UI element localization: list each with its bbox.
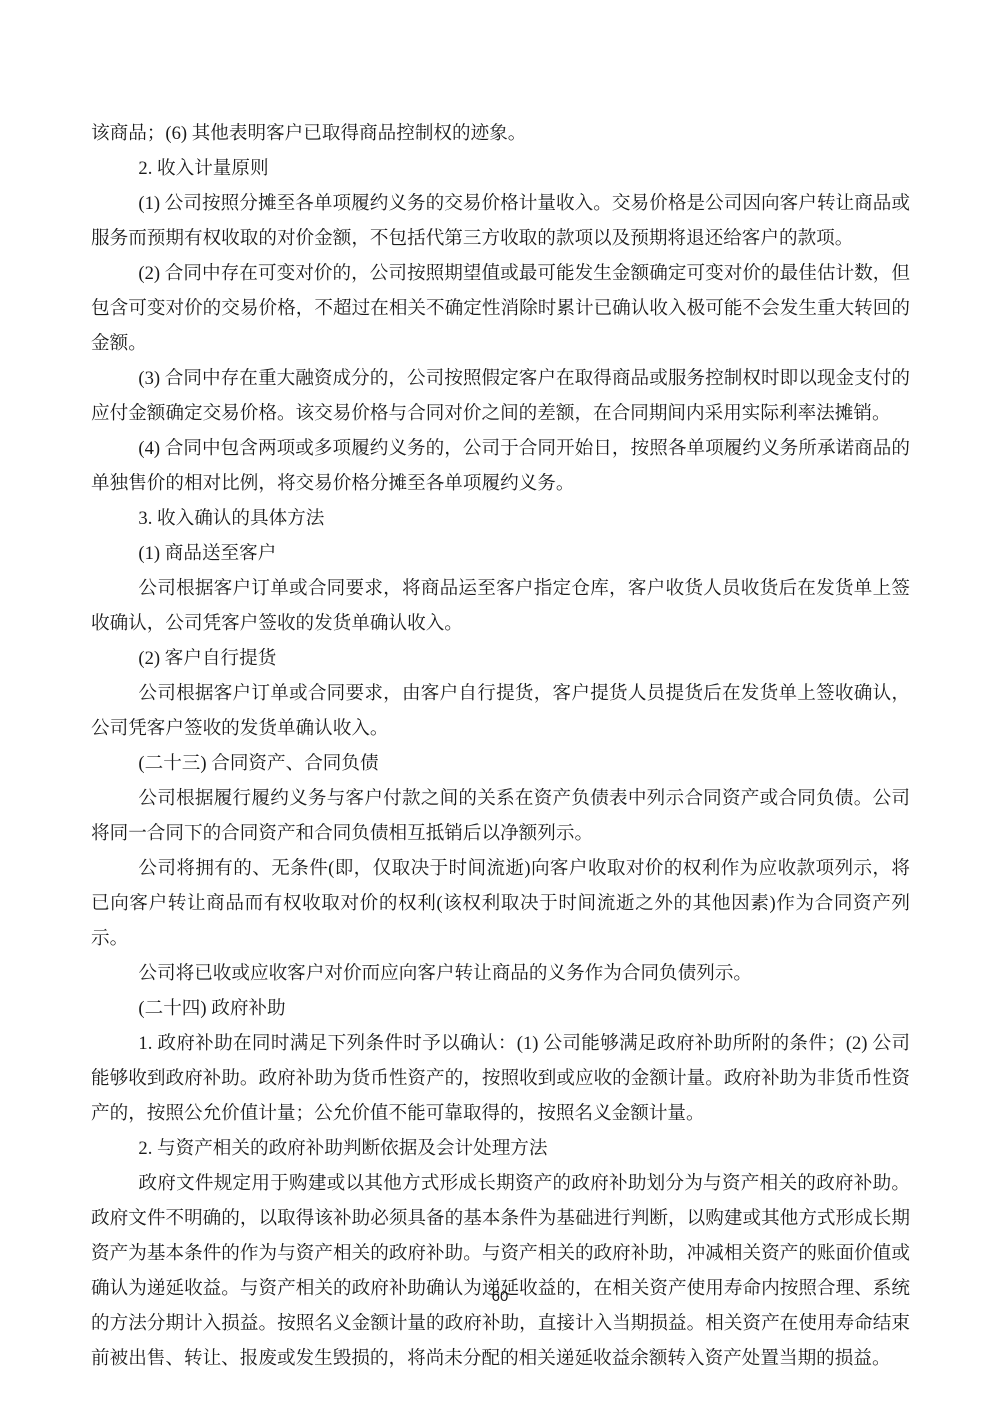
paragraph: (4) 合同中包含两项或多项履约义务的，公司于合同开始日，按照各单项履约义务所承…	[91, 431, 910, 501]
paragraph: (2) 合同中存在可变对价的，公司按照期望值或最可能发生金额确定可变对价的最佳估…	[91, 256, 910, 361]
paragraph: 公司将拥有的、无条件(即，仅取决于时间流逝)向客户收取对价的权利作为应收款项列示…	[91, 851, 910, 956]
paragraph: 公司根据履行履约义务与客户付款之间的关系在资产负债表中列示合同资产或合同负债。公…	[91, 781, 910, 851]
paragraph-heading: (二十三) 合同资产、合同负债	[91, 746, 910, 781]
paragraph-heading: (2) 客户自行提货	[91, 641, 910, 676]
paragraph: 公司根据客户订单或合同要求，将商品运至客户指定仓库，客户收货人员收货后在发货单上…	[91, 571, 910, 641]
paragraph: 该商品；(6) 其他表明客户已取得商品控制权的迹象。	[91, 116, 910, 151]
paragraph-heading: 2. 与资产相关的政府补助判断依据及会计处理方法	[91, 1131, 910, 1166]
paragraph-heading: (二十四) 政府补助	[91, 991, 910, 1026]
paragraph-heading: 3. 收入确认的具体方法	[91, 501, 910, 536]
paragraph: (3) 合同中存在重大融资成分的，公司按照假定客户在取得商品或服务控制权时即以现…	[91, 361, 910, 431]
page-body: 该商品；(6) 其他表明客户已取得商品控制权的迹象。 2. 收入计量原则 (1)…	[91, 116, 910, 1376]
paragraph: 公司根据客户订单或合同要求，由客户自行提货，客户提货人员提货后在发货单上签收确认…	[91, 676, 910, 746]
paragraph: 公司将已收或应收客户对价而应向客户转让商品的义务作为合同负债列示。	[91, 956, 910, 991]
document-page: 该商品；(6) 其他表明客户已取得商品控制权的迹象。 2. 收入计量原则 (1)…	[0, 0, 1000, 1414]
paragraph: 1. 政府补助在同时满足下列条件时予以确认：(1) 公司能够满足政府补助所附的条…	[91, 1026, 910, 1131]
page-number: 60	[0, 1288, 1000, 1305]
paragraph-heading: 2. 收入计量原则	[91, 151, 910, 186]
paragraph-heading: (1) 商品送至客户	[91, 536, 910, 571]
paragraph: (1) 公司按照分摊至各单项履约义务的交易价格计量收入。交易价格是公司因向客户转…	[91, 186, 910, 256]
paragraph: 政府文件规定用于购建或以其他方式形成长期资产的政府补助划分为与资产相关的政府补助…	[91, 1166, 910, 1376]
